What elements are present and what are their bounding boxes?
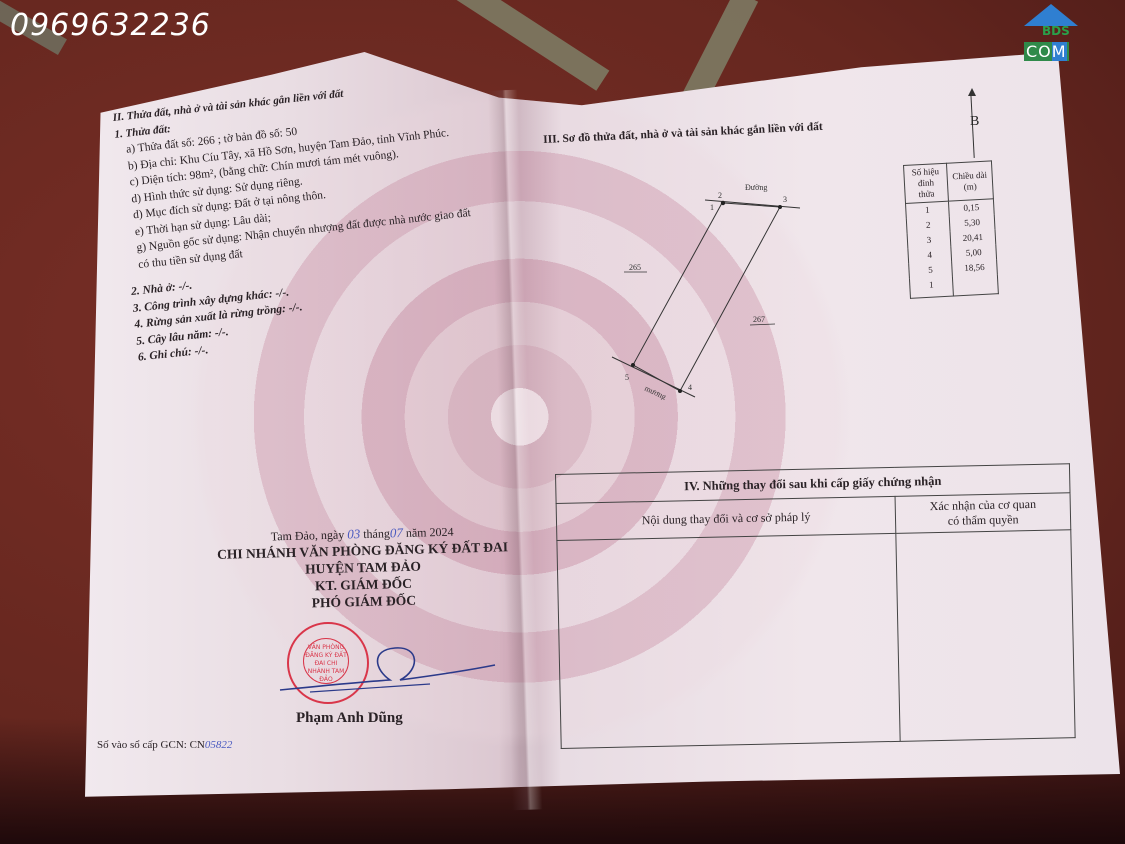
section-4: IV. Những thay đổi sau khi cấp giấy chứn… bbox=[555, 463, 1076, 749]
signer-name: Phạm Anh Dũng bbox=[296, 710, 403, 727]
signature-block: Tam Đảo, ngày 03 tháng07 năm 2024 CHI NH… bbox=[212, 522, 514, 614]
watermark-logo: BDS COM bbox=[1018, 4, 1084, 64]
section-2: II. Thửa đất, nhà ở và tài sản khác gắn … bbox=[112, 74, 483, 366]
change-content-cell bbox=[557, 533, 901, 748]
gcn-number: Số vào sổ cấp GCN: CN05822 bbox=[97, 739, 232, 751]
arrow-up-icon bbox=[968, 88, 976, 96]
svg-text:5: 5 bbox=[625, 373, 629, 382]
svg-text:4: 4 bbox=[688, 383, 692, 392]
svg-text:1: 1 bbox=[710, 203, 714, 212]
col-vertex: Số hiệu đỉnh thửa bbox=[904, 163, 949, 203]
authority-confirm-cell bbox=[896, 530, 1075, 742]
col-length: Chiều dài (m) bbox=[946, 161, 993, 201]
parcel-diagram: Đường 2 1 3 4 5 mương 265 267 bbox=[600, 180, 820, 400]
segment-row: 1 bbox=[909, 274, 998, 298]
logo-com: COM bbox=[1024, 42, 1069, 61]
svg-text:3: 3 bbox=[783, 195, 787, 204]
segment-length-table: Số hiệu đỉnh thửa Chiều dài (m) 10,1525,… bbox=[903, 160, 999, 298]
watermark-phone: 0969632236 bbox=[10, 8, 211, 43]
neighbor-left: 265 bbox=[629, 263, 641, 272]
neighbor-right: 267 bbox=[753, 315, 765, 324]
svg-text:2: 2 bbox=[718, 191, 722, 200]
road-label: Đường bbox=[745, 183, 767, 192]
north-arrow: B bbox=[966, 88, 986, 158]
col-authority-confirm: Xác nhận của cơ quancó thẩm quyền bbox=[895, 493, 1071, 534]
handwritten-signature bbox=[270, 640, 500, 700]
canal-label: mương bbox=[643, 384, 667, 400]
house-roof-icon bbox=[1024, 4, 1078, 26]
